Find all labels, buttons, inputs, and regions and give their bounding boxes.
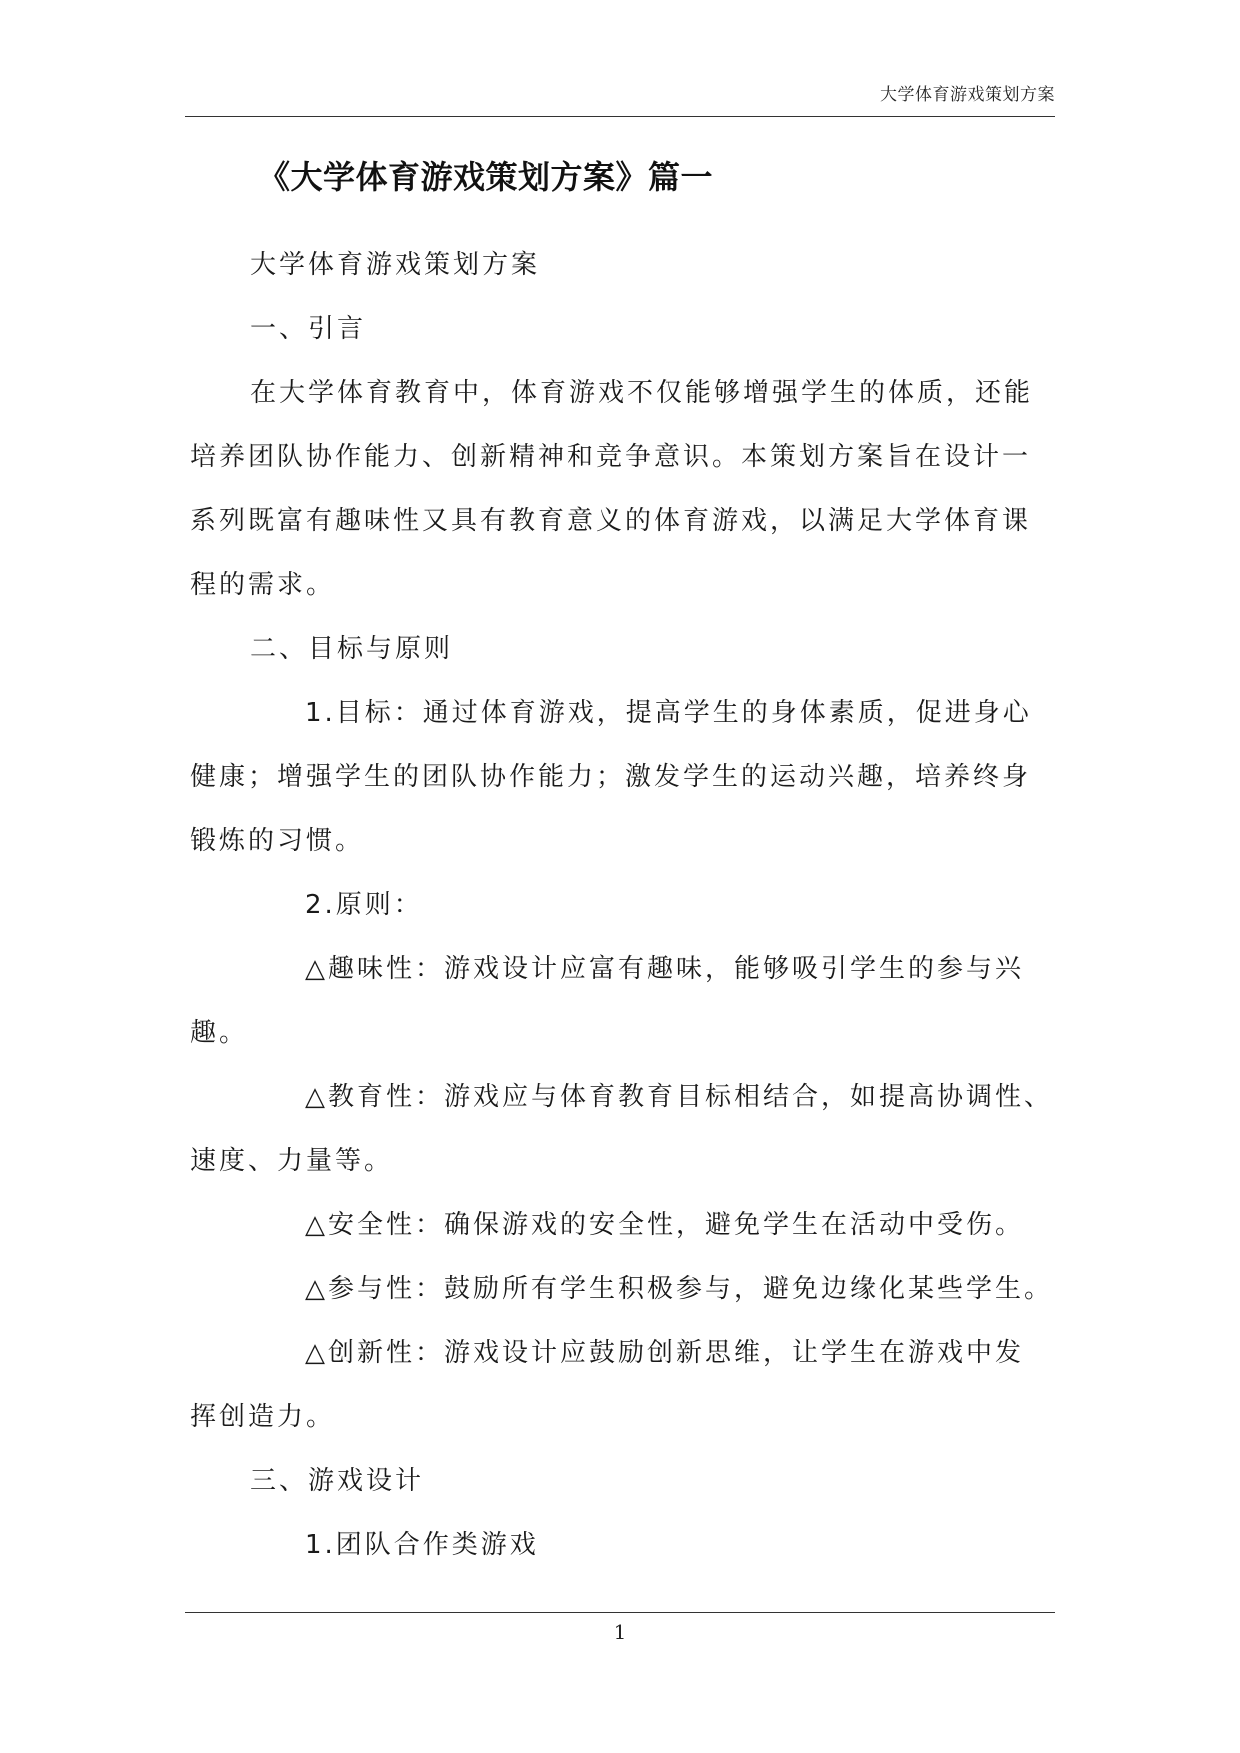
list-item: 2.原则： [305,888,423,922]
body-line: 锻炼的习惯。 [190,824,364,858]
body-line: 大学体育游戏策划方案 [250,248,540,282]
section-heading: 一、引言 [250,312,366,346]
page-header: 大学体育游戏策划方案 [185,82,1055,117]
principle-item: △参与性：鼓励所有学生积极参与，避免边缘化某些学生。 [305,1272,1053,1306]
principle-item: △趣味性：游戏设计应富有趣味，能够吸引学生的参与兴 [305,952,1024,986]
body-line: 速度、力量等。 [190,1144,393,1178]
principle-item: △安全性：确保游戏的安全性，避免学生在活动中受伤。 [305,1208,1024,1242]
principle-item: △教育性：游戏应与体育教育目标相结合，如提高协调性、 [305,1080,1053,1114]
body-line: 程的需求。 [190,568,335,602]
principle-item: △创新性：游戏设计应鼓励创新思维，让学生在游戏中发 [305,1336,1024,1370]
document-title: 《大学体育游戏策划方案》篇一 [258,157,713,197]
body-line: 健康；增强学生的团队协作能力；激发学生的运动兴趣，培养终身 [190,760,1031,794]
section-heading: 二、目标与原则 [250,632,453,666]
body-line: 系列既富有趣味性又具有教育意义的体育游戏，以满足大学体育课 [190,504,1031,538]
list-item: 1.团队合作类游戏 [305,1528,539,1562]
body-line: 挥创造力。 [190,1400,335,1434]
body-line: 在大学体育教育中，体育游戏不仅能够增强学生的体质，还能 [250,376,1033,410]
page-footer: 1 [185,1612,1055,1645]
list-item: 1.目标：通过体育游戏，提高学生的身体素质，促进身心 [305,696,1032,730]
page-number: 1 [614,1619,627,1645]
running-header-title: 大学体育游戏策划方案 [880,85,1055,105]
body-line: 趣。 [190,1016,248,1050]
body-line: 培养团队协作能力、创新精神和竞争意识。本策划方案旨在设计一 [190,440,1031,474]
section-heading: 三、游戏设计 [250,1464,424,1498]
